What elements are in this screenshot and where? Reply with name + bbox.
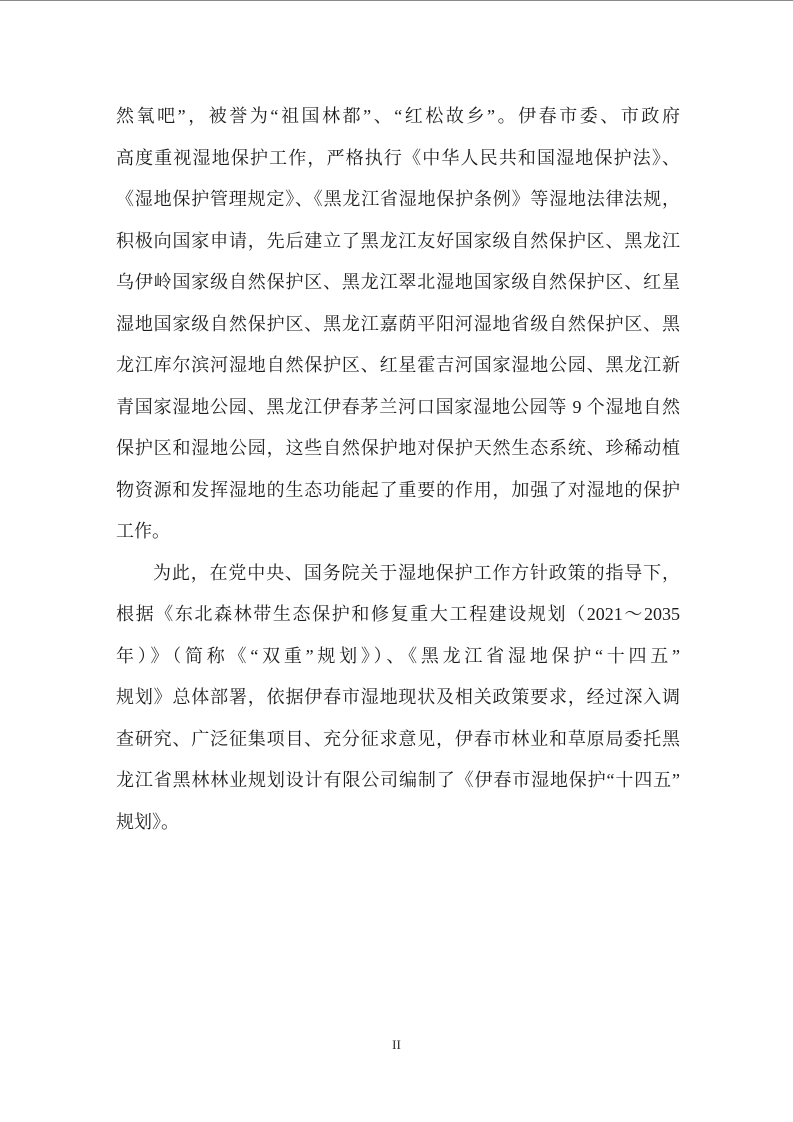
text-line: 龙江省黑林林业规划设计有限公司编制了《伊春市湿地保护“十四五” [116, 760, 680, 802]
text-line: 积极向国家申请，先后建立了黑龙江友好国家级自然保护区、黑龙江 [116, 221, 680, 263]
text-line: 物资源和发挥湿地的生态功能起了重要的作用，加强了对湿地的保护 [116, 470, 680, 512]
text-line: 年）》（简称《“双重”规划》）、《黑龙江省湿地保护“十四五” [116, 636, 680, 678]
text-line: 查研究、广泛征集项目、充分征求意见，伊春市林业和草原局委托黑 [116, 719, 680, 761]
text-line: 湿地国家级自然保护区、黑龙江嘉荫平阳河湿地省级自然保护区、黑 [116, 304, 680, 346]
text-line: 规划》总体部署，依据伊春市湿地现状及相关政策要求，经过深入调 [116, 677, 680, 719]
text-line: 乌伊岭国家级自然保护区、黑龙江翠北湿地国家级自然保护区、红星 [116, 262, 680, 304]
text-line: 根据《东北森林带生态保护和修复重大工程建设规划（2021～2035 [116, 594, 680, 636]
text-line: 青国家湿地公园、黑龙江伊春茅兰河口国家湿地公园等 9 个湿地自然 [116, 387, 680, 429]
text-line: 然氧吧”，被誉为“祖国林都”、“红松故乡”。伊春市委、市政府 [116, 96, 680, 138]
document-page: 然氧吧”，被誉为“祖国林都”、“红松故乡”。伊春市委、市政府 高度重视湿地保护工… [0, 0, 793, 1122]
text-line: 《湿地保护管理规定》、《黑龙江省湿地保护条例》等湿地法律法规， [116, 179, 680, 221]
paragraph-end-line: 工作。 [116, 511, 680, 553]
text-line: 高度重视湿地保护工作，严格执行《中华人民共和国湿地保护法》、 [116, 138, 680, 180]
page-number-footer: II [0, 1037, 793, 1053]
paragraph-start-line: 为此，在党中央、国务院关于湿地保护工作方针政策的指导下， [116, 553, 680, 595]
paragraph-end-line: 规划》。 [116, 802, 680, 844]
text-line: 保护区和湿地公园，这些自然保护地对保护天然生态系统、珍稀动植 [116, 428, 680, 470]
document-body: 然氧吧”，被誉为“祖国林都”、“红松故乡”。伊春市委、市政府 高度重视湿地保护工… [116, 96, 680, 843]
text-line: 龙江库尔滨河湿地自然保护区、红星霍吉河国家湿地公园、黑龙江新 [116, 345, 680, 387]
